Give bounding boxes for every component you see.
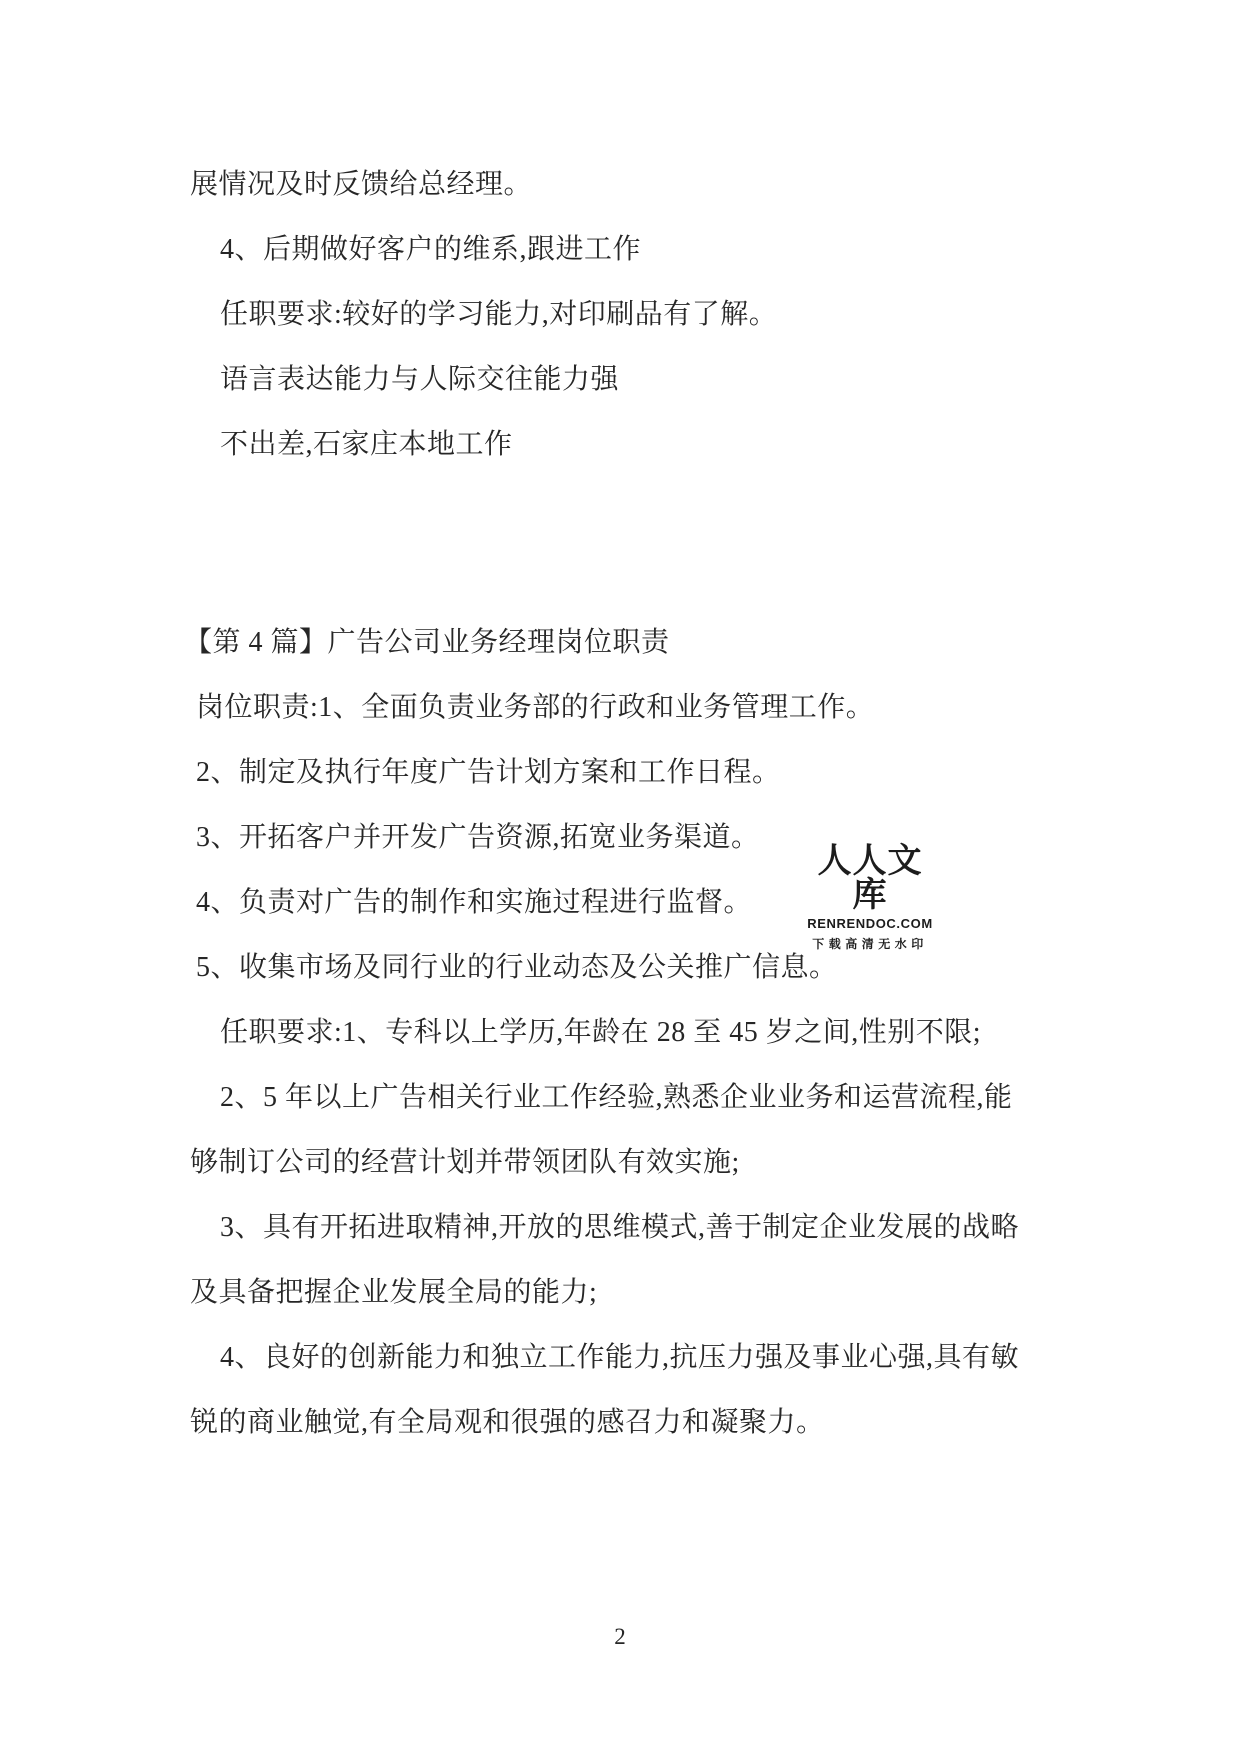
text-line: 4、良好的创新能力和独立工作能力,抗压力强及事业心强,具有敏 bbox=[220, 1325, 1070, 1390]
paragraph-spacer bbox=[190, 477, 1070, 610]
text-line: 5、收集市场及同行业的行业动态及公关推广信息。 bbox=[196, 935, 1070, 1000]
text-line: 4、负责对广告的制作和实施过程进行监督。 bbox=[196, 870, 1070, 935]
text-line: 岗位职责:1、全面负责业务部的行政和业务管理工作。 bbox=[196, 675, 1070, 740]
document-page: 展情况及时反馈给总经理。4、后期做好客户的维系,跟进工作任职要求:较好的学习能力… bbox=[0, 0, 1240, 1753]
text-line: 及具备把握企业发展全局的能力; bbox=[190, 1260, 1070, 1325]
watermark-domain-text: RENRENDOC.COM bbox=[802, 916, 938, 931]
watermark: 人人文库 RENRENDOC.COM 下载高清无水印 bbox=[802, 845, 938, 952]
text-line: 任职要求:1、专科以上学历,年龄在 28 至 45 岁之间,性别不限; bbox=[220, 1000, 1070, 1065]
text-line: 不出差,石家庄本地工作 bbox=[220, 412, 1070, 477]
text-line: 任职要求:较好的学习能力,对印刷品有了解。 bbox=[220, 282, 1070, 347]
text-line: 2、5 年以上广告相关行业工作经验,熟悉企业业务和运营流程,能 bbox=[220, 1065, 1070, 1130]
watermark-tagline-text: 下载高清无水印 bbox=[802, 935, 938, 952]
section-heading: 【第 4 篇】广告公司业务经理岗位职责 bbox=[184, 610, 1070, 675]
text-line: 够制订公司的经营计划并带领团队有效实施; bbox=[190, 1130, 1070, 1195]
document-body: 展情况及时反馈给总经理。4、后期做好客户的维系,跟进工作任职要求:较好的学习能力… bbox=[190, 152, 1070, 1455]
text-line: 语言表达能力与人际交往能力强 bbox=[220, 347, 1070, 412]
text-line: 展情况及时反馈给总经理。 bbox=[190, 152, 1070, 217]
text-line: 3、具有开拓进取精神,开放的思维模式,善于制定企业发展的战略 bbox=[220, 1195, 1070, 1260]
watermark-logo-text: 人人文库 bbox=[802, 845, 938, 913]
page-number: 2 bbox=[0, 1624, 1240, 1650]
text-line: 锐的商业触觉,有全局观和很强的感召力和凝聚力。 bbox=[190, 1390, 1070, 1455]
text-line: 3、开拓客户并开发广告资源,拓宽业务渠道。 bbox=[196, 805, 1070, 870]
text-line: 2、制定及执行年度广告计划方案和工作日程。 bbox=[196, 740, 1070, 805]
text-line: 4、后期做好客户的维系,跟进工作 bbox=[220, 217, 1070, 282]
